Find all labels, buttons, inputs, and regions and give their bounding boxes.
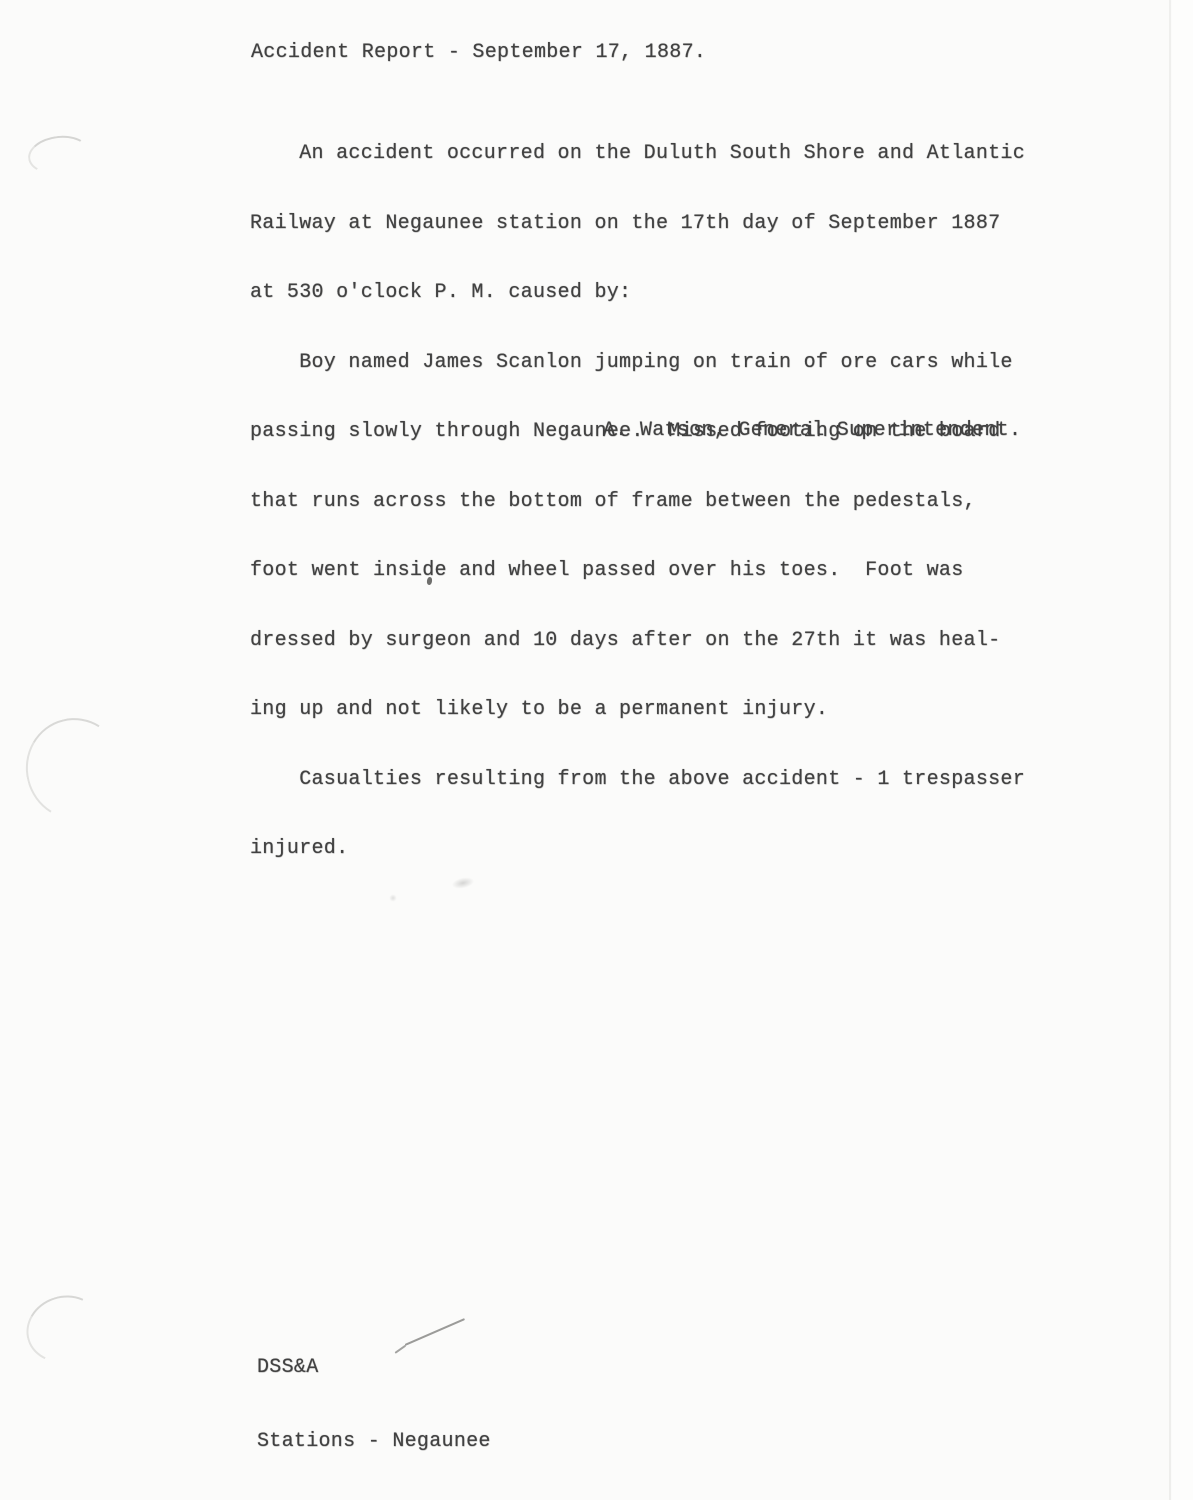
typed-line: foot went inside and wheel passed over h… — [250, 559, 1025, 583]
typed-line: Casualties resulting from the above acci… — [250, 768, 1025, 792]
pencil-arc-artifact — [18, 1286, 111, 1372]
paper-fold-line — [1169, 0, 1171, 1500]
paper-edge-strip — [1172, 0, 1193, 1500]
typed-line: ing up and not likely to be a permanent … — [250, 698, 1025, 722]
typed-line: injured. — [250, 837, 1025, 861]
report-title: Accident Report - September 17, 1887. — [251, 41, 706, 64]
typed-line: Boy named James Scanlon jumping on train… — [250, 351, 1025, 375]
report-body: An accident occurred on the Duluth South… — [250, 96, 1025, 907]
typed-line: at 530 o'clock P. M. caused by: — [250, 281, 1025, 305]
typed-line: dressed by surgeon and 10 days after on … — [250, 629, 1025, 653]
typed-line: Stations - Negaunee — [257, 1428, 491, 1456]
pencil-arc-artifact — [15, 708, 135, 831]
typed-line: Railway at Negaunee station on the 17th … — [250, 212, 1025, 236]
typed-line: that runs across the bottom of frame bet… — [250, 490, 1025, 514]
signature-line: A. Watson, General Superintendent. — [603, 419, 1021, 442]
pencil-arc-artifact — [26, 132, 92, 177]
typed-line: An accident occurred on the Duluth South… — [250, 142, 1025, 166]
filing-notation: DSS&A Stations - Negaunee — [257, 1308, 491, 1500]
typed-line: DSS&A — [257, 1354, 491, 1382]
scanned-document-page: Accident Report - September 17, 1887. An… — [0, 0, 1193, 1500]
